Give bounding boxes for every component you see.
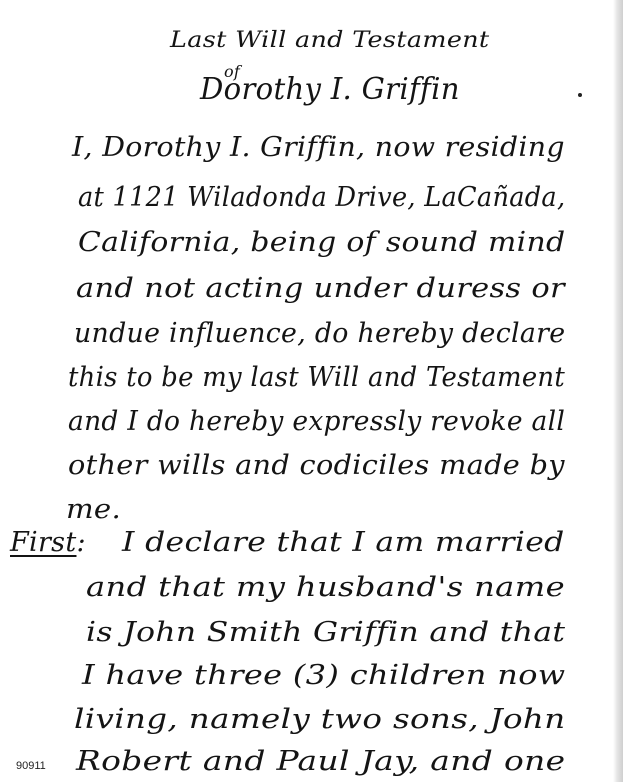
body-line: and not acting under duress or	[76, 273, 565, 304]
body-line: other wills and codiciles made by	[68, 450, 565, 481]
body-line: I, Dorothy I. Griffin, now residing	[72, 132, 565, 163]
first-clause-heading: First:	[10, 527, 86, 558]
ink-speck	[578, 93, 582, 97]
testator-name: Dorothy I. Griffin	[200, 72, 460, 107]
first-clause-line: I have three (3) children now	[82, 660, 566, 691]
body-line: undue influence, do hereby declare	[74, 318, 565, 349]
first-clause-line: I declare that I am married	[122, 527, 565, 558]
body-line: California, being of sound mind	[78, 227, 565, 258]
first-clause-line: is John Smith Griffin and that	[86, 617, 565, 648]
first-clause-line: and that my husband's name	[86, 572, 565, 603]
body-line: at 1121 Wiladonda Drive, LaCañada,	[78, 182, 565, 213]
first-clause-line: Robert and Paul Jay, and one	[76, 746, 565, 777]
body-line: me.	[66, 494, 121, 525]
first-label: First	[10, 527, 76, 558]
body-line: and I do hereby expressly revoke all	[68, 406, 565, 437]
first-clause-line: living, namely two sons, John	[74, 704, 566, 735]
body-line: this to be my last Will and Testament	[68, 362, 565, 393]
scanned-document-page: Last Will and Testament of Dorothy I. Gr…	[0, 0, 623, 782]
page-stamp-number: 90911	[16, 760, 46, 772]
page-edge-shadow	[613, 0, 623, 782]
document-title: Last Will and Testament	[170, 28, 489, 53]
first-separator: :	[76, 527, 85, 558]
